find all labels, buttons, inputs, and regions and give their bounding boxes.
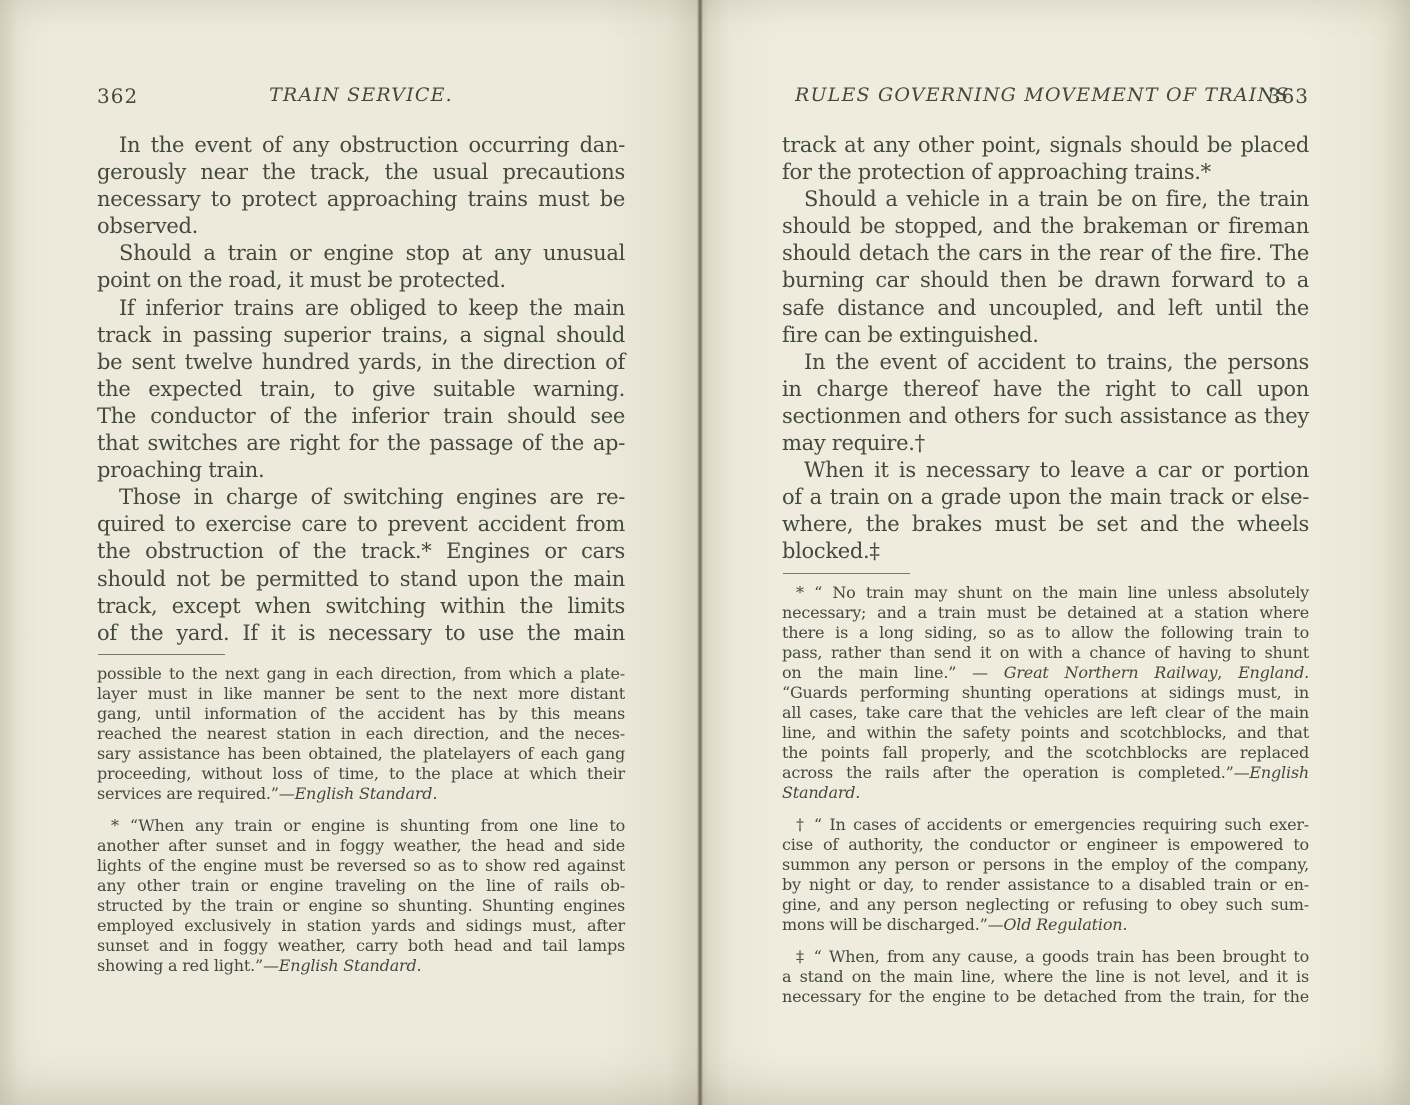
text-line: track at any other point, signals should… [782,132,1309,159]
text-line: mons will be discharged.”—Old Regulation… [782,915,1309,935]
text-line: quired to exercise care to prevent accid… [97,511,625,538]
book-spread: 362 TRAIN SERVICE. In the event of any o… [0,0,1410,1105]
text-line: lights of the engine must be reversed so… [97,856,625,876]
footnote-rule-left [98,654,225,655]
paragraph: If inferior trains are obliged to keep t… [97,295,625,485]
text-line: possible to the next gang in each direct… [97,664,625,684]
page-left: 362 TRAIN SERVICE. In the event of any o… [0,0,700,1105]
text-line: sary assistance has been obtained, the p… [97,744,625,764]
text-line: of the yard. If it is necessary to use t… [97,620,625,647]
text-line: In the event of accident to trains, the … [782,349,1309,376]
text-line: necessary to protect approaching trains … [97,186,625,213]
text-line: proaching train. [97,457,625,484]
text-line: gine, and any person neglecting or refus… [782,895,1309,915]
text-line: for the protection of approaching trains… [782,159,1309,186]
text-line: may require.† [782,430,1309,457]
paragraph: possible to the next gang in each direct… [97,664,625,804]
text-line: burning car should then be drawn forward… [782,267,1309,294]
paragraph: Should a vehicle in a train be on fire, … [782,186,1309,349]
text-line: all cases, take care that the vehicles a… [782,703,1309,723]
text-line: be sent twelve hundred yards, in the dir… [97,349,625,376]
text-line: in charge thereof have the right to call… [782,376,1309,403]
text-line: safe distance and uncoupled, and left un… [782,295,1309,322]
text-line: another after sunset and in foggy weathe… [97,836,625,856]
text-line: the points fall properly, and the scotch… [782,743,1309,763]
text-line: cise of authority, the conductor or engi… [782,835,1309,855]
text-line: If inferior trains are obliged to keep t… [97,295,625,322]
text-line: layer must in like manner be sent to the… [97,684,625,704]
page-left-header: 362 TRAIN SERVICE. [97,84,625,110]
text-line: * “When any train or engine is shunting … [97,816,625,836]
paragraph: In the event of accident to trains, the … [782,349,1309,457]
page-right: RULES GOVERNING MOVEMENT OF TRAINS. 363 … [700,0,1410,1105]
text-line: employed exclusively in station yards an… [97,916,625,936]
text-line: Standard. [782,783,1309,803]
text-line: sunset and in foggy weather, carry both … [97,936,625,956]
paragraph: ‡ “ When, from any cause, a goods train … [782,947,1309,1007]
text-line: gerously near the track, the usual preca… [97,159,625,186]
running-title-right: RULES GOVERNING MOVEMENT OF TRAINS. [782,84,1309,106]
paragraph: When it is necessary to leave a car or p… [782,457,1309,565]
page-right-content: RULES GOVERNING MOVEMENT OF TRAINS. 363 … [782,84,1309,1007]
text-line: line, and within the safety points and s… [782,723,1309,743]
text-line: * “ No train may shunt on the main line … [782,583,1309,603]
page-right-header: RULES GOVERNING MOVEMENT OF TRAINS. 363 [782,84,1309,110]
text-line: should detach the cars in the rear of th… [782,240,1309,267]
text-line: gang, until information of the accident … [97,704,625,724]
body-text-left: In the event of any obstruction occurrin… [97,132,625,647]
text-line: that switches are right for the passage … [97,430,625,457]
footnote-rule-right [783,573,910,574]
text-line: In the event of any obstruction occurrin… [97,132,625,159]
text-line: When it is necessary to leave a car or p… [782,457,1309,484]
paragraph: track at any other point, signals should… [782,132,1309,186]
footnotes-right: * “ No train may shunt on the main line … [782,583,1309,1007]
text-line: any other train or engine traveling on t… [97,876,625,896]
text-line: necessary for the engine to be detached … [782,987,1309,1007]
text-line: sectionmen and others for such assistanc… [782,403,1309,430]
text-line: showing a red light.”—English Standard. [97,956,625,976]
text-line: the obstruction of the track.* Engines o… [97,538,625,565]
text-line: Should a vehicle in a train be on fire, … [782,186,1309,213]
text-line: where, the brakes must be set and the wh… [782,511,1309,538]
text-line: point on the road, it must be protected. [97,267,625,294]
text-line: Those in charge of switching engines are… [97,484,625,511]
text-line: observed. [97,213,625,240]
text-line: should be stopped, and the brakeman or f… [782,213,1309,240]
paragraph: Should a train or engine stop at any unu… [97,240,625,294]
paragraph: * “ No train may shunt on the main line … [782,583,1309,803]
paragraph: In the event of any obstruction occurrin… [97,132,625,240]
text-line: proceeding, without loss of time, to the… [97,764,625,784]
text-line: The conductor of the inferior train shou… [97,403,625,430]
page-left-content: 362 TRAIN SERVICE. In the event of any o… [97,84,625,976]
text-line: there is a long siding, so as to allow t… [782,623,1309,643]
text-line: the expected train, to give suitable war… [97,376,625,403]
text-line: should not be permitted to stand upon th… [97,566,625,593]
page-number-right: 363 [1268,84,1309,108]
text-line: summon any person or persons in the empl… [782,855,1309,875]
text-line: fire can be extinguished. [782,322,1309,349]
text-line: services are required.”—English Standard… [97,784,625,804]
text-line: by night or day, to render assistance to… [782,875,1309,895]
text-line: across the rails after the operation is … [782,763,1309,783]
text-line: “Guards performing shunting operations a… [782,683,1309,703]
body-text-right: track at any other point, signals should… [782,132,1309,566]
paragraph: Those in charge of switching engines are… [97,484,625,647]
text-line: pass, rather than send it on with a chan… [782,643,1309,663]
text-line: Should a train or engine stop at any unu… [97,240,625,267]
running-title-left: TRAIN SERVICE. [97,84,625,106]
text-line: ‡ “ When, from any cause, a goods train … [782,947,1309,967]
text-line: reached the nearest station in each dire… [97,724,625,744]
text-line: necessary; and a train must be detained … [782,603,1309,623]
text-line: blocked.‡ [782,538,1309,565]
text-line: on the main line.” — Great Northern Rail… [782,663,1309,683]
text-line: track, except when switching within the … [97,593,625,620]
text-line: a stand on the main line, where the line… [782,967,1309,987]
text-line: track in passing superior trains, a sign… [97,322,625,349]
text-line: of a train on a grade upon the main trac… [782,484,1309,511]
paragraph: * “When any train or engine is shunting … [97,816,625,976]
footnotes-left: possible to the next gang in each direct… [97,664,625,976]
book-gutter [697,0,703,1105]
paragraph: † “ In cases of accidents or emergencies… [782,815,1309,935]
text-line: † “ In cases of accidents or emergencies… [782,815,1309,835]
text-line: structed by the train or engine so shunt… [97,896,625,916]
